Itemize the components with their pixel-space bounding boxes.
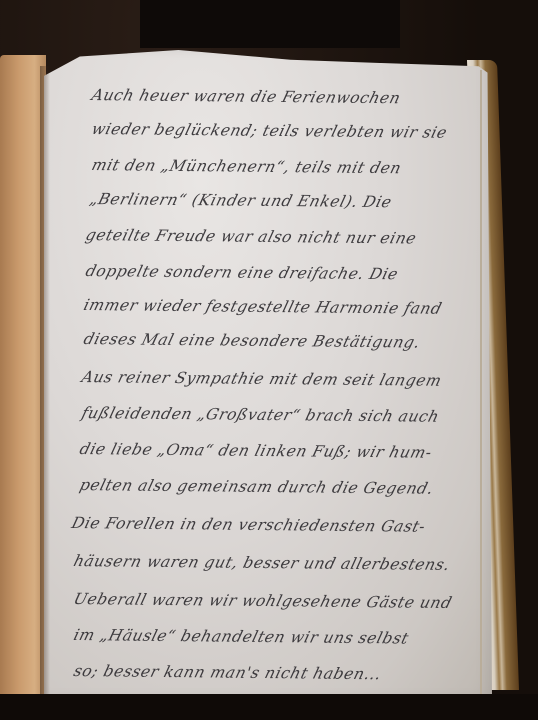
table-foreground-shadow — [0, 694, 538, 720]
manuscript-line: fußleidenden „Großvater“ brach sich auch — [80, 404, 442, 426]
background-object — [140, 0, 400, 48]
gutter-shadow — [40, 66, 50, 696]
manuscript-line: wieder beglückend; teils verlebten wir s… — [90, 120, 450, 142]
manuscript-line: dieses Mal eine besondere Bestätigung. — [82, 330, 423, 352]
manuscript-line: geteilte Freude war also nicht nur eine — [84, 226, 419, 247]
manuscript-line: mit den „Münchenern“, teils mit den — [90, 156, 404, 177]
manuscript-line: doppelte sondern eine dreifache. Die — [84, 262, 401, 283]
manuscript-line: im „Häusle“ behandelten wir uns selbst — [72, 626, 411, 648]
manuscript-line: die liebe „Oma“ den linken Fuß; wir hum- — [78, 440, 434, 462]
manuscript-line: immer wieder festgestellte Harmonie fand — [82, 296, 444, 318]
manuscript-line: Aus reiner Sympathie mit dem seit langem — [80, 368, 444, 390]
manuscript-line: „Berlinern“ (Kinder und Enkel). Die — [88, 190, 394, 211]
manuscript-line: so; besser kann man's nicht haben... — [72, 662, 384, 683]
manuscript-line: Die Forellen in den verschiedensten Gast… — [70, 514, 428, 536]
manuscript-line: Auch heuer waren die Ferienwochen — [90, 86, 403, 107]
manuscript-line: pelten also gemeinsam durch die Gegend. — [78, 476, 436, 498]
page-edge-line — [480, 70, 482, 698]
